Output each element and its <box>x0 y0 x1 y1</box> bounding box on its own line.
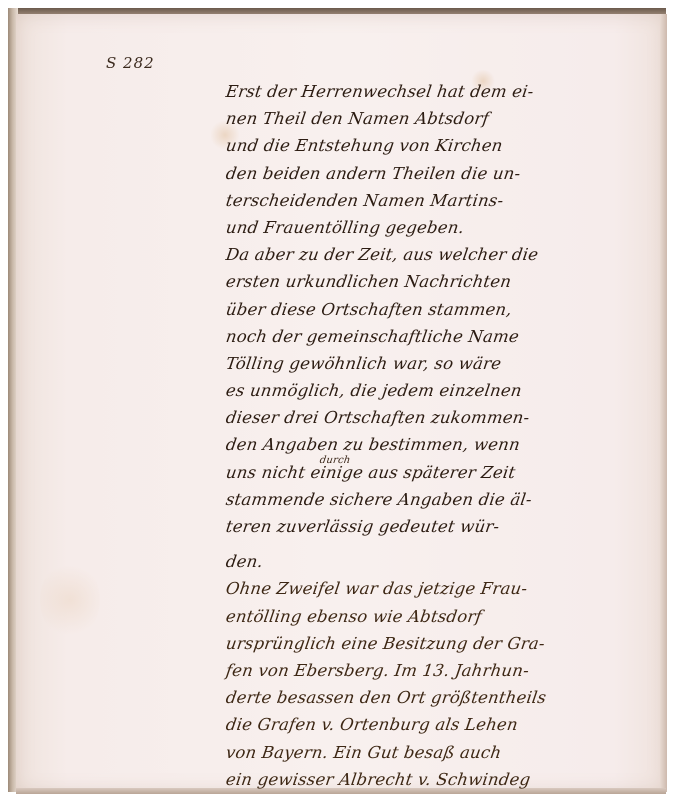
text-line: den Angaben zu bestimmen, wenn <box>224 431 648 458</box>
text-line-content: uns nicht einige aus späterer Zeit <box>225 463 517 482</box>
scan-frame: S 282 Erst der Herrenwechsel hat dem ei-… <box>0 0 675 800</box>
text-line: Ohne Zweifel war das jetzige Frau- <box>224 575 648 602</box>
page-right-edge <box>660 14 667 792</box>
text-line: durch uns nicht einige aus späterer Zeit <box>224 459 648 486</box>
text-line: es unmöglich, die jedem einzelnen <box>224 377 648 404</box>
text-line: den beiden andern Theilen die un- <box>224 160 648 187</box>
text-line: teren zuverlässig gedeutet wür- <box>224 513 648 540</box>
paragraph-2: Ohne Zweifel war das jetzige Frau- entöl… <box>226 575 646 793</box>
text-line: ursprünglich eine Besitzung der Gra- <box>224 630 648 657</box>
text-line: noch der gemeinschaftliche Name <box>224 323 648 350</box>
text-line: und Frauentölling gegeben. <box>224 214 648 241</box>
text-line: ein gewisser Albrecht v. Schwindeg <box>224 766 648 793</box>
text-line: nen Theil den Namen Abtsdorf <box>224 105 648 132</box>
text-line: terscheidenden Namen Martins- <box>224 187 648 214</box>
text-line: Tölling gewöhnlich war, so wäre <box>224 350 648 377</box>
text-line: von Bayern. Ein Gut besaß auch <box>224 739 648 766</box>
text-line: Da aber zu der Zeit, aus welcher die <box>224 241 648 268</box>
page-number: S 282 <box>106 54 155 72</box>
handwritten-text: Erst der Herrenwechsel hat dem ei- nen T… <box>226 78 646 793</box>
text-line: derte besassen den Ort größtentheils <box>224 684 648 711</box>
paper-stain <box>40 560 100 640</box>
text-line: dieser drei Ortschaften zukommen- <box>224 404 648 431</box>
text-line: den. <box>224 548 648 575</box>
text-line: Erst der Herrenwechsel hat dem ei- <box>224 78 648 105</box>
text-line: die Grafen v. Ortenburg als Lehen <box>224 711 648 738</box>
text-line: entölling ebenso wie Abtsdorf <box>224 603 648 630</box>
interlinear-insertion: durch <box>318 447 352 474</box>
text-line: ersten urkundlichen Nachrichten <box>224 268 648 295</box>
text-line: fen von Ebersberg. Im 13. Jahrhun- <box>224 657 648 684</box>
text-line: stammende sichere Angaben die äl- <box>224 486 648 513</box>
paragraph-1: Erst der Herrenwechsel hat dem ei- nen T… <box>226 78 646 575</box>
text-line: und die Entstehung von Kirchen <box>224 132 648 159</box>
text-line: über diese Ortschaften stammen, <box>224 296 648 323</box>
